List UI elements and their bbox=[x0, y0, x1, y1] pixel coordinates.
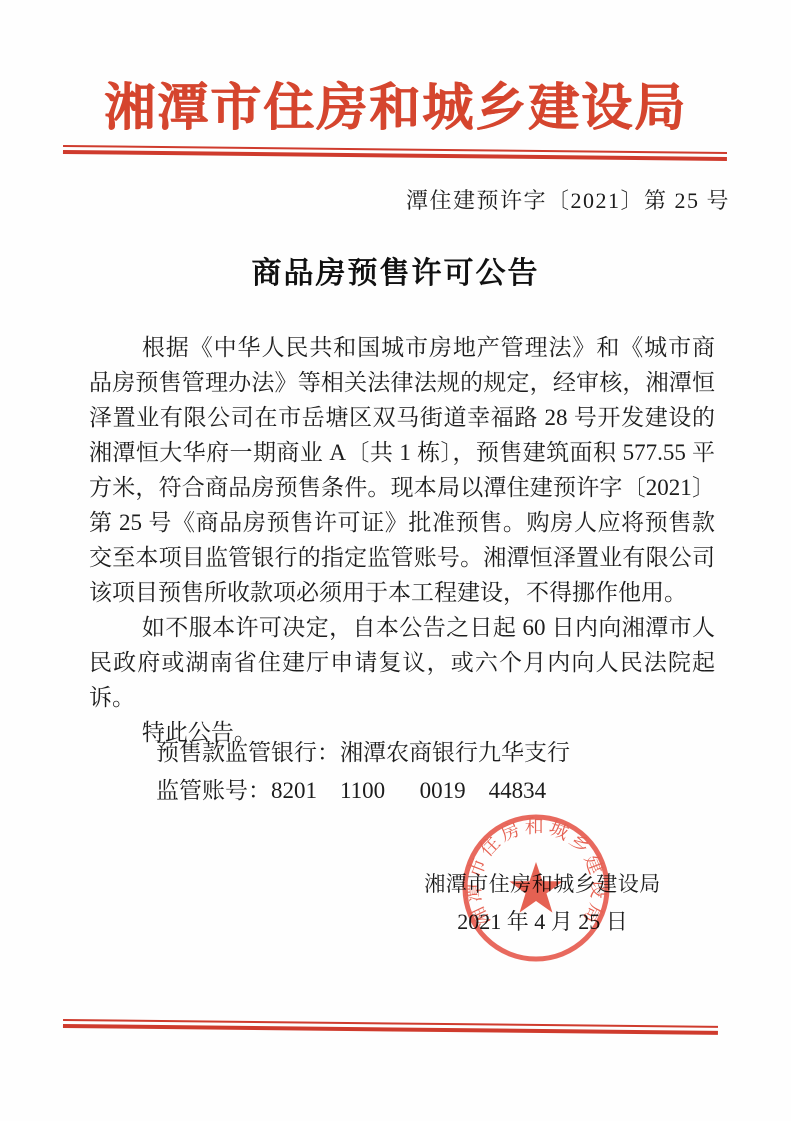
signature-block: 湘潭市住房和城乡建设局 2021 年 4 月 25 日 bbox=[420, 866, 665, 940]
document-page: 湘潭市住房和城乡建设局 潭住建预许字〔2021〕第 25 号 商品房预售许可公告… bbox=[0, 0, 791, 1121]
document-number: 潭住建预许字〔2021〕第 25 号 bbox=[406, 184, 730, 215]
supervision-bank-block: 预售款监管银行：湘潭农商银行九华支行 监管账号：8201 1100 0019 4… bbox=[156, 734, 570, 810]
header-divider-rule bbox=[63, 145, 727, 161]
account-line: 监管账号：8201 1100 0019 44834 bbox=[156, 772, 570, 810]
agency-header-title: 湘潭市住房和城乡建设局 bbox=[0, 66, 791, 140]
body-paragraph-2: 如不服本许可决定，自本公告之日起 60 日内向湘潭市人民政府或湖南省住建厅申请复… bbox=[89, 610, 715, 715]
body-paragraph-1: 根据《中华人民共和国城市房地产管理法》和《城市商品房预售管理办法》等相关法律法规… bbox=[89, 330, 715, 610]
account-label: 监管账号： bbox=[156, 778, 271, 803]
announcement-title: 商品房预售许可公告 bbox=[0, 248, 791, 292]
signature-date: 2021 年 4 月 25 日 bbox=[420, 903, 665, 940]
bank-label: 预售款监管银行： bbox=[156, 740, 340, 765]
footer-divider-rule bbox=[63, 1019, 718, 1035]
bank-name: 湘潭农商银行九华支行 bbox=[340, 740, 570, 765]
announcement-body: 根据《中华人民共和国城市房地产管理法》和《城市商品房预售管理办法》等相关法律法规… bbox=[89, 330, 715, 750]
account-number: 8201 1100 0019 44834 bbox=[271, 778, 546, 803]
bank-line: 预售款监管银行：湘潭农商银行九华支行 bbox=[156, 734, 570, 772]
signature-agency-name: 湘潭市住房和城乡建设局 bbox=[420, 866, 665, 903]
